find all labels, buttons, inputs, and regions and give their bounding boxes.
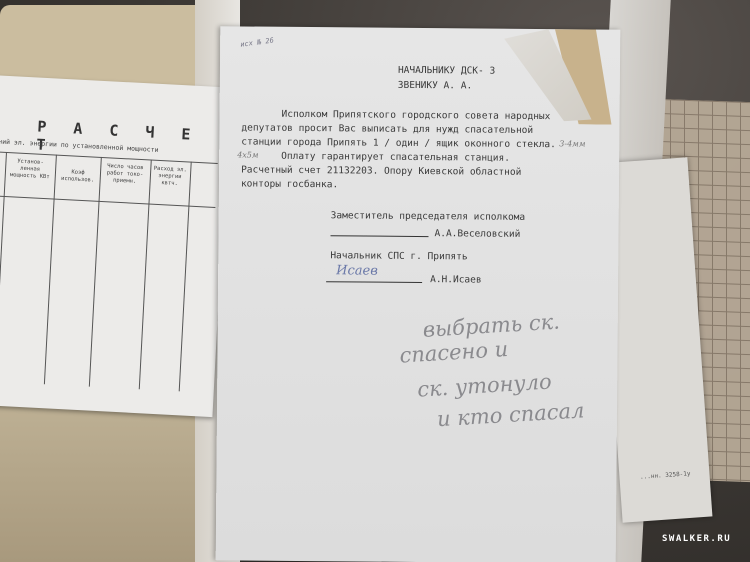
column-header: Число часов работ токо-приемн. [101,163,148,186]
reference-number: исх № 26 [240,36,274,48]
margin-note: 3-4мм [559,139,585,148]
handwritten-signature: Исаев [336,263,378,278]
letter-document: исх № 26 НАЧАЛЬНИКУ ДСК- 3 ЗВЕНИКУ А. А.… [216,26,621,562]
pencil-note-line: ск. утонуло [417,370,553,402]
body-line: депутатов просит Вас выписать для нужд с… [241,122,533,136]
signatory-name: А.Н.Исаев [430,274,482,285]
margin-note: 4x5м [237,150,258,159]
body-line: Оплату гарантирует спасательная станция. [281,151,510,164]
signature-line [331,235,429,237]
column-header: Установ-ленная мощность КВт [7,158,54,181]
table-column-line [89,157,102,387]
table-column-line [139,160,152,390]
addressee-line: ЗВЕНИКУ А. А. [398,80,472,92]
signatory-title: Начальник СПС г. Припять [330,250,467,262]
column-header: Коэф использов. [56,169,99,185]
pencil-note-line: спасено и [399,337,509,368]
watermark: SWALKER.RU [662,534,731,544]
body-line: Расчетный счет 21132203. Опору Киевской … [241,164,521,177]
body-line: Исполком Припятского городского совета н… [282,109,551,122]
signatory-name: А.А.Веселовский [434,228,520,240]
signature-line [326,281,422,283]
calculation-form: Р А С Ч Е Т ...ний эл. энергии по устано… [0,75,230,417]
folder-cover-bottom [0,390,205,562]
signatory-title: Заместитель председателя исполкома [331,210,526,223]
table-rule [0,195,215,208]
pencil-note-line: и кто спасал [436,398,585,431]
column-header: Расход эл. энергии квтч. [151,166,188,189]
body-line: конторы госбанка. [241,178,338,190]
addressee-line: НАЧАЛЬНИКУ ДСК- 3 [398,65,495,77]
table-column-line [0,152,7,382]
table-column-line [179,162,192,392]
body-line: станции города Припять 1 / один / ящик о… [241,136,556,150]
form-table: Установ-ленная мощность КВт Коэф использ… [0,151,218,393]
table-column-line [44,155,57,385]
